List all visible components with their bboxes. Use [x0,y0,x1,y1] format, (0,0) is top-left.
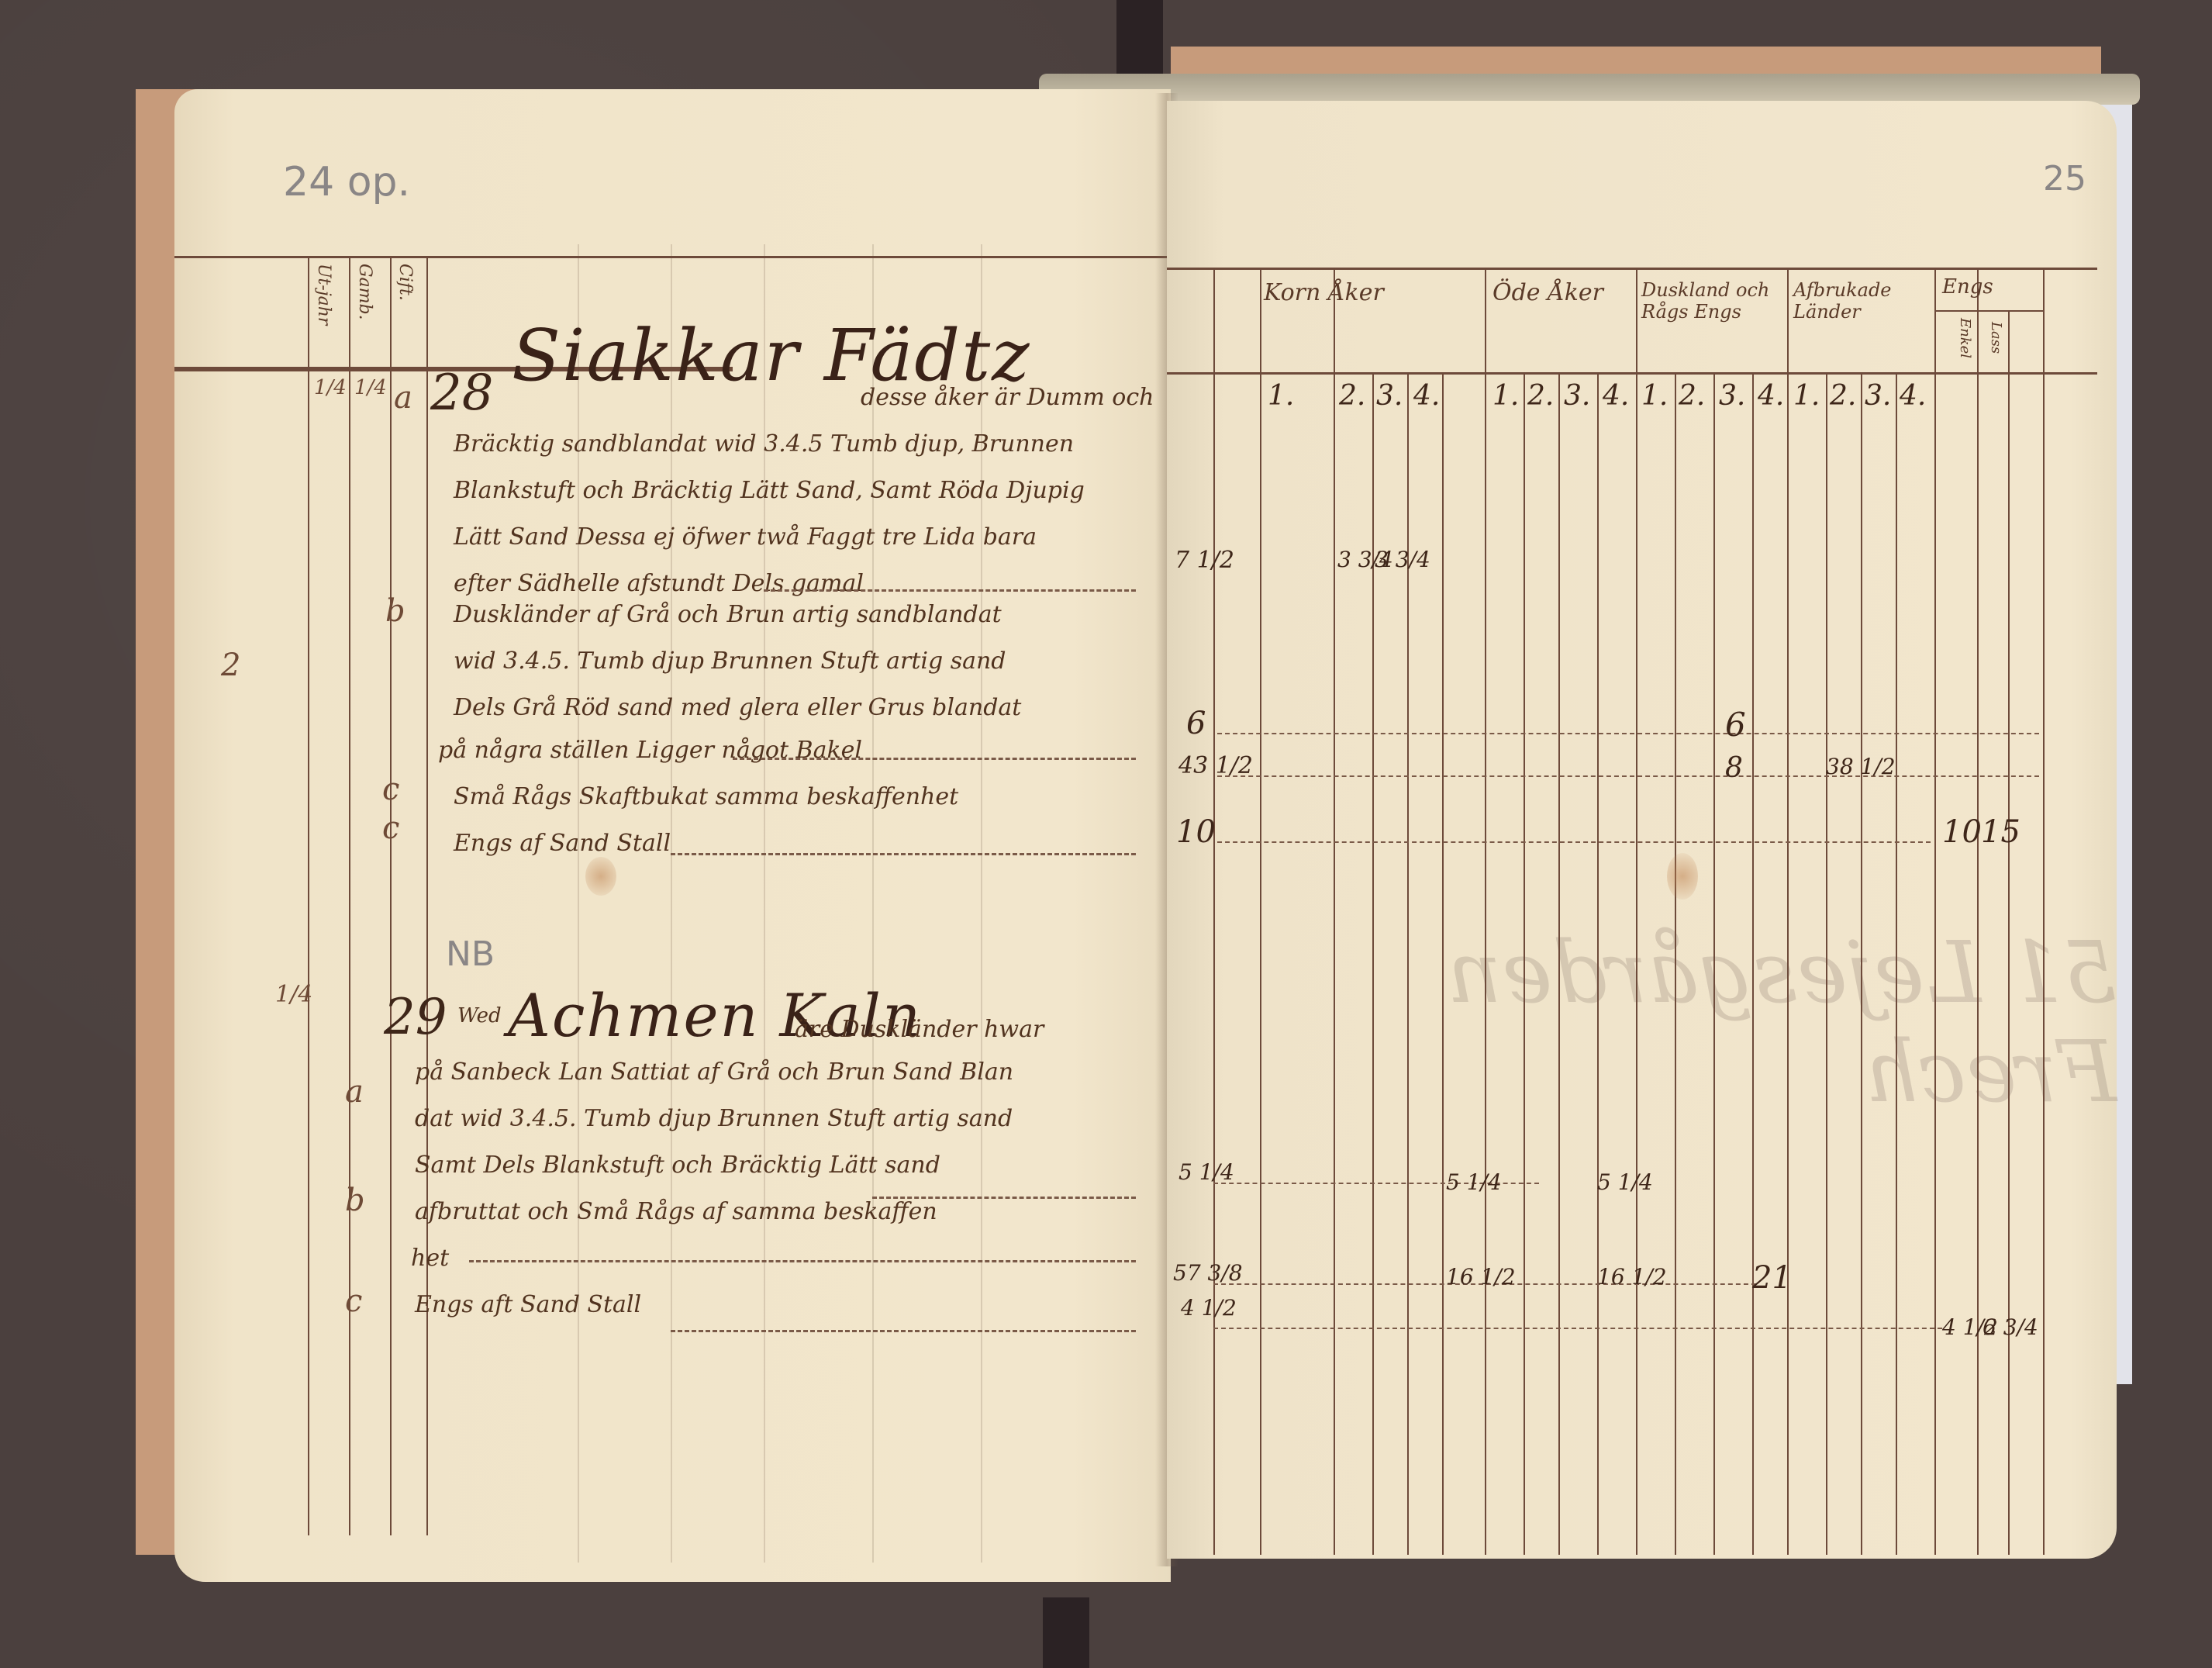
sub-letter-c: c [382,810,399,846]
entry-line: dat wid 3.4.5. Tumb djup Brunnen Stuft a… [415,1105,1013,1132]
column-line [349,256,350,1535]
bleed-through-text: 51 Lejesgården Frech [1306,923,2117,1121]
column-line [1485,268,1486,1555]
entry-number: 28 [430,364,493,422]
subcol-1: 1. [1641,380,1668,412]
subcolumn-line [1597,372,1599,1555]
entry-line: Engs aft Sand Stall [415,1291,641,1318]
column-line [1934,268,1936,1555]
cell-value: 3 3/4 [1375,547,1430,572]
column-line [1636,268,1637,1555]
subcolumn-line [1558,372,1560,1555]
column-line [2043,268,2045,1555]
row-total: 7 1/2 [1175,547,1234,574]
margin-mark: 1/4 [275,981,312,1008]
subcol-2: 2. [1679,380,1705,412]
col-header-afbrukade: Afbrukade Länder [1793,279,1933,323]
page-edges [1039,74,2140,105]
entry-line: Duskländer af Grå och Brun artig sandbla… [454,601,1002,628]
column-line [1977,268,1979,1555]
header-bottom-rule [1167,372,2097,375]
fraction-mark: 1/4 [314,376,347,399]
column-line [1213,268,1215,1555]
dashed-rule [733,758,1136,760]
entry-intro: desse åker är Dumm och [861,384,1154,411]
sub-letter-b: b [385,593,405,629]
col-header-gamb: Gamb. [355,264,374,320]
cell-value: 15 [1981,814,2020,850]
subcol-4: 4. [1413,380,1440,412]
cell-value: 21 [1752,1260,1792,1296]
entry-line: Dels Grå Röd sand med glera eller Grus b… [454,694,1021,721]
subcolumn-line [1713,372,1715,1555]
dashed-rule [872,1197,1136,1199]
subcolumn-line [1675,372,1676,1555]
column-line [426,256,428,1535]
row-total: 10 [1176,814,1216,850]
entry-line: efter Sädhelle afstundt Dels gamal [454,570,864,597]
row-total: 4 1/2 [1181,1295,1237,1321]
col-header-duskland: Duskland och Rågs Engs [1641,279,1785,323]
subcol-4: 4. [1900,380,1926,412]
cell-value: 8 [1725,752,1743,784]
entry-number: 29 [384,989,447,1046]
spine-bottom [1043,1597,1089,1668]
col-header-engs-lass: Lass [1988,322,2004,354]
sub-letter-a: a [394,380,412,416]
right-page: 25 51 Lejesgården Frech Korn Åker Öde Åk… [1167,101,2117,1559]
cell-value: 5 1/4 [1446,1169,1502,1195]
row-total: 57 3/8 [1173,1260,1243,1286]
entry-line: Blankstuft och Bräcktig Lätt Sand, Samt … [454,477,1085,504]
ink-stain [1667,853,1698,900]
column-line [390,256,392,1535]
col-header-utjahr: Ut-jahr [314,264,333,325]
cell-value: 16 1/2 [1597,1264,1667,1290]
folio-number: 25 [2043,159,2086,199]
dashed-rule [469,1260,1136,1262]
col-header-engs: Engs [1942,275,1993,299]
subcol-1: 1. [1268,380,1294,412]
sub-letter-c: c [345,1283,362,1319]
margin-note: 2 [221,648,240,683]
sub-letter-c: c [382,772,399,807]
subcolumn-line [1861,372,1862,1555]
entry-line: Engs af Sand Stall [454,830,671,857]
cell-value: 10 [1942,814,1982,850]
cell-value: 6 [1725,706,1746,744]
entry-line: afbruttat och Små Rågs af samma beskaffe… [415,1198,937,1225]
subcol-3: 3. [1564,380,1590,412]
subcolumn-line [1896,372,1897,1555]
entry-line: Bräcktig sandblandat wid 3.4.5 Tumb djup… [454,430,1074,458]
subcolumn-line [1524,372,1525,1555]
nb-pencil-note: NB [446,934,495,974]
fraction-mark: 1/4 [354,376,387,399]
column-line [1260,268,1261,1555]
column-line [2008,310,2010,1555]
subcol-1: 1. [1492,380,1519,412]
col-header-engs-enkel: Enkel [1957,318,1973,358]
dashed-rule [1213,1328,1942,1329]
header-top-rule [174,256,1171,258]
spine-top [1116,0,1163,85]
entry-intro: äre Duskländer hwar [795,1016,1044,1043]
cell-value: 5 1/4 [1597,1169,1653,1195]
subcol-3: 3. [1865,380,1891,412]
cell-value: 6 3/4 [1983,1314,2038,1340]
subcolumn-line [1826,372,1827,1555]
subcol-1: 1. [1793,380,1820,412]
dashed-rule [1217,733,2039,734]
subcol-4: 4. [1758,380,1784,412]
entry-line: på Sanbeck Lan Sattiat af Grå och Brun S… [415,1058,1013,1086]
header-top-rule [1167,268,2097,270]
row-total: 5 1/4 [1178,1159,1234,1185]
dashed-rule [671,853,1136,855]
entry-prefix: Wed [457,1004,502,1027]
subcol-2: 2. [1339,380,1365,412]
dashed-rule [764,589,1136,592]
row-total: 6 [1186,706,1206,741]
ink-stain [585,857,616,896]
entry-line: het [411,1245,449,1272]
sub-letter-a: a [345,1074,364,1110]
column-line [1787,268,1789,1555]
dashed-rule [1217,775,2039,777]
cell-value: 16 1/2 [1446,1264,1516,1290]
dashed-rule [1217,841,1931,843]
cell-value: 38 1/2 [1826,754,1896,779]
subcol-3: 3. [1719,380,1745,412]
column-line [1334,268,1335,1555]
col-header-korn-aker: Korn Åker [1264,279,1384,306]
subcolumn-line [1442,372,1444,1555]
col-header-ode-aker: Öde Åker [1492,279,1603,306]
left-page: 24 op. Ut-jahr Gamb. Cift. 1/4 1/4 2 a 2… [174,89,1171,1582]
engs-subheader-rule [1934,310,2043,312]
entry-line: Lätt Sand Dessa ej öfwer twå Faggt tre L… [454,523,1037,551]
subcol-2: 2. [1830,380,1856,412]
subcol-4: 4. [1603,380,1629,412]
dashed-rule [671,1330,1136,1332]
entry-line: Samt Dels Blankstuft och Bräcktig Lätt s… [415,1152,940,1179]
entry-line: wid 3.4.5. Tumb djup Brunnen Stuft artig… [454,648,1006,675]
col-header-cift: Cift. [395,264,415,301]
folio-number: 24 op. [283,159,410,205]
subcolumn-line [1752,372,1754,1555]
entry-line: Små Rågs Skaftbukat samma beskaffenhet [454,783,958,810]
subcol-3: 3. [1376,380,1403,412]
subcol-2: 2. [1527,380,1554,412]
column-line [308,256,309,1535]
sub-letter-b: b [345,1183,365,1218]
